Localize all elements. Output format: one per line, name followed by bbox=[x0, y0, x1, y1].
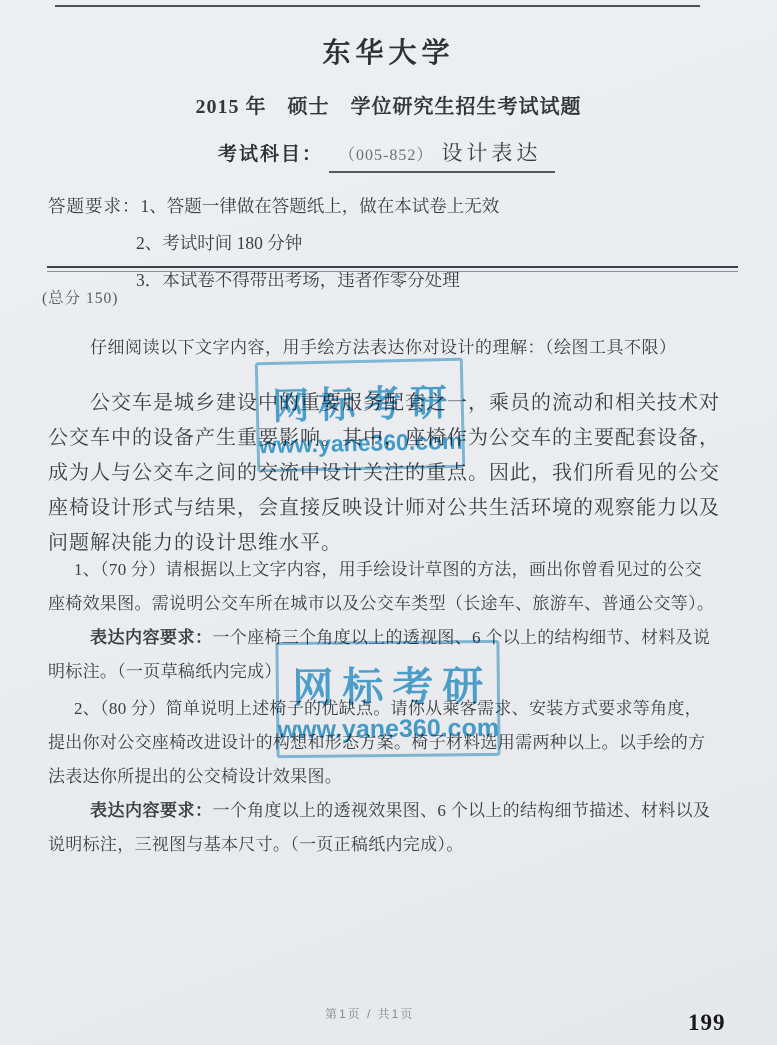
question-1-line: 座椅效果图。需说明公交车所在城市以及公交车类型（长途车、旅游车、普通公交等）。 bbox=[48, 587, 754, 621]
content-requirement-label: 表达内容要求： bbox=[90, 628, 213, 647]
question-1-line: 1、（70 分）请根据以上文字内容，用手绘设计草图的方法，画出你曾看见过的公交 bbox=[48, 553, 754, 587]
subject-label: 考试科目： bbox=[218, 144, 323, 165]
answer-requirements-block: 答题要求：1、答题一律做在答题纸上，做在本试卷上无效 2、考试时间 180 分钟… bbox=[48, 188, 499, 299]
requirement-item-1: 1、答题一律做在答题纸上，做在本试卷上无效 bbox=[141, 196, 500, 216]
content-requirement-text: 一个座椅三个角度以上的透视图、6 个以上的结构细节、材料及说 bbox=[213, 628, 711, 647]
content-requirement-text: 一个角度以上的透视效果图、6 个以上的结构细节描述、材料以及 bbox=[213, 801, 711, 820]
requirement-item-2: 2、考试时间 180 分钟 bbox=[48, 225, 499, 262]
top-border-rule bbox=[55, 5, 700, 7]
university-title: 东华大学 bbox=[0, 31, 777, 71]
question-1-line: 表达内容要求：一个座椅三个角度以上的透视图、6 个以上的结构细节、材料及说 bbox=[48, 621, 754, 655]
question-2-line: 提出你对公交座椅改进设计的构想和形态方案。椅子材料选用需两种以上。以手绘的方 bbox=[48, 726, 754, 760]
subject-line: 考试科目：（005-852）设计表达 bbox=[218, 137, 555, 173]
section-divider-rule bbox=[47, 266, 738, 272]
content-requirement-label: 表达内容要求： bbox=[90, 801, 213, 820]
reading-line: 公交车是城乡建设中的重要服务配套之一，乘员的流动和相关技术对 bbox=[48, 386, 748, 421]
total-score: (总分 150) bbox=[42, 286, 118, 308]
question-2-line: 2、（80 分）简单说明上述椅子的优缺点。请你从乘客需求、安装方式要求等角度， bbox=[48, 692, 754, 726]
exam-paper-page: 东华大学 2015 年 硕士 学位研究生招生考试试题 考试科目：（005-852… bbox=[0, 0, 777, 1045]
exam-subtitle: 2015 年 硕士 学位研究生招生考试试题 bbox=[0, 90, 777, 119]
subject-underlined-value: （005-852）设计表达 bbox=[329, 137, 555, 173]
reading-line: 公交车中的设备产生重要影响。其中，座椅作为公交车的主要配套设备， bbox=[48, 421, 748, 456]
instruction-paragraph: 仔细阅读以下文字内容，用手绘方法表达你对设计的理解：（绘图工具不限） bbox=[90, 333, 677, 358]
reading-paragraph: 公交车是城乡建设中的重要服务配套之一，乘员的流动和相关技术对 公交车中的设备产生… bbox=[48, 386, 748, 561]
question-1-paragraph: 1、（70 分）请根据以上文字内容，用手绘设计草图的方法，画出你曾看见过的公交 … bbox=[48, 553, 754, 689]
reading-line: 座椅设计形式与结果，会直接反映设计师对公共生活环境的观察能力以及 bbox=[48, 491, 748, 526]
requirements-label: 答题要求： bbox=[48, 196, 141, 216]
subject-name: 设计表达 bbox=[433, 141, 541, 165]
question-2-line: 表达内容要求：一个角度以上的透视效果图、6 个以上的结构细节描述、材料以及 bbox=[48, 794, 754, 828]
question-2-line: 法表达你所提出的公交椅设计效果图。 bbox=[48, 760, 754, 794]
question-2-line: 说明标注，三视图与基本尺寸。（一页正稿纸内完成）。 bbox=[48, 828, 754, 862]
question-1-line: 明标注。（一页草稿纸内完成） bbox=[48, 655, 754, 689]
question-2-paragraph: 2、（80 分）简单说明上述椅子的优缺点。请你从乘客需求、安装方式要求等角度， … bbox=[48, 692, 754, 862]
page-number: 199 bbox=[688, 1010, 726, 1036]
subject-code: （005-852） bbox=[339, 147, 433, 164]
reading-line: 成为人与公交车之间的交流中设计关注的重点。因此，我们所看见的公交 bbox=[48, 456, 748, 491]
footer-page-info: 第1页 / 共1页 bbox=[325, 1005, 414, 1022]
requirement-line-1: 答题要求：1、答题一律做在答题纸上，做在本试卷上无效 bbox=[48, 188, 499, 225]
